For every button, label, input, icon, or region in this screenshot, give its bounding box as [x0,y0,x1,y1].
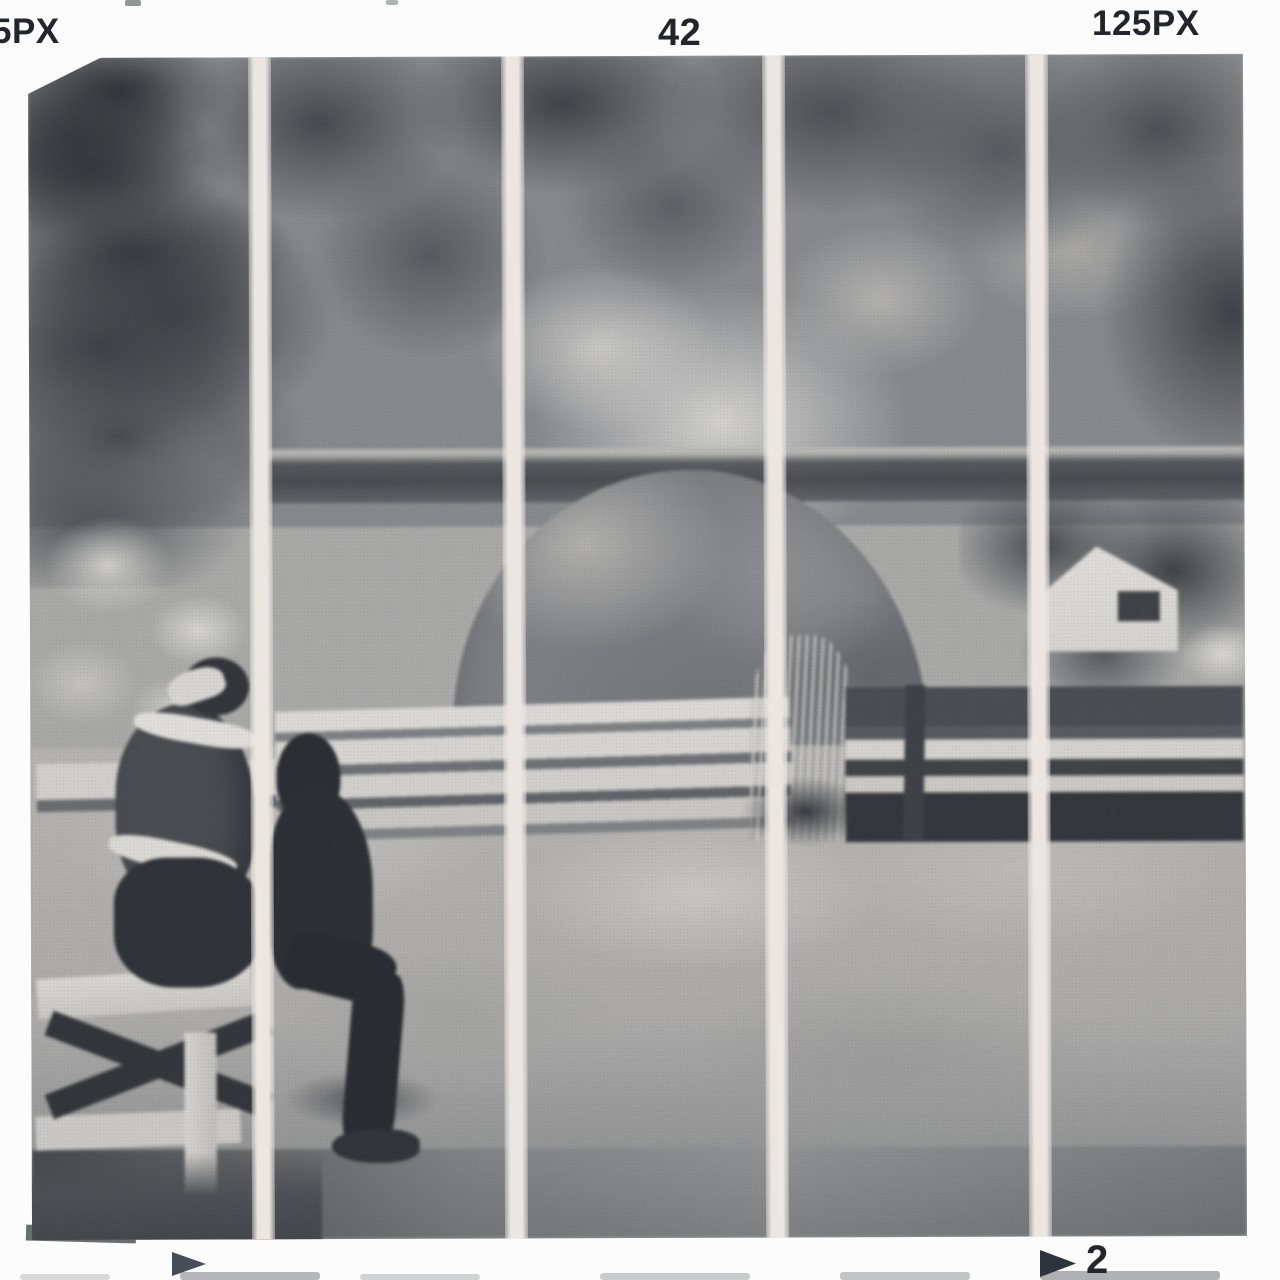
film-scratch-stripe [1025,55,1052,1237]
film-edge-label-left: 5PX [0,14,60,49]
film-edge-label-right: 125PX [1092,6,1200,41]
film-scratch-stripe [762,55,789,1237]
photograph [28,54,1247,1240]
next-frame-edge [600,1273,750,1280]
film-scratch-stripe [248,57,275,1239]
film-edge-mark [386,0,398,5]
next-frame-edge [180,1272,320,1280]
film-frame: 5PX 42 125PX [0,0,1280,1280]
next-frame-edge [20,1274,110,1280]
film-edge-mark [125,0,141,6]
next-frame-edge [840,1272,970,1280]
film-scratch-stripe [501,56,528,1238]
film-edge-label-center: 42 [658,14,701,52]
next-frame-edge [360,1274,480,1280]
next-frame-edge [1040,1271,1220,1280]
frame-number: 2 [1086,1240,1108,1280]
film-grain [28,54,1247,1240]
